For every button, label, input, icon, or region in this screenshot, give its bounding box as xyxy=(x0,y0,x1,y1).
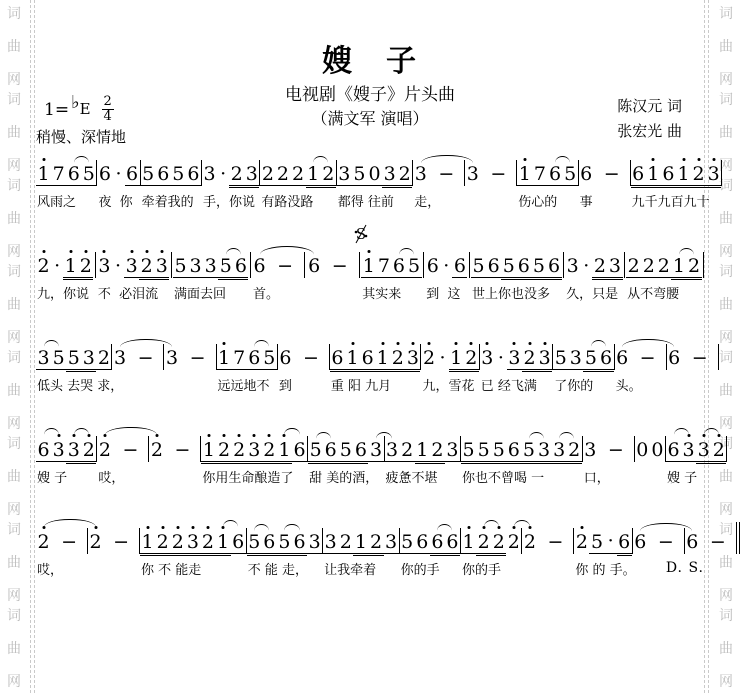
watermark-char: 词 xyxy=(719,261,733,281)
note: 5 xyxy=(491,440,506,462)
note: − xyxy=(700,532,736,554)
note: 2 xyxy=(260,164,275,186)
measure-notes: 3− xyxy=(465,150,516,186)
note: 2 xyxy=(368,532,383,554)
note: − xyxy=(267,256,303,278)
note: 3 xyxy=(368,440,383,462)
note: 1 xyxy=(63,256,78,278)
note: 2 xyxy=(96,348,111,370)
note: 3 xyxy=(36,348,51,370)
note: 2 xyxy=(506,532,521,554)
note: 3 xyxy=(696,440,711,462)
watermark-char: 网 xyxy=(719,585,733,605)
barline xyxy=(624,242,625,278)
note: 5 xyxy=(141,164,156,186)
music-line: 6332嫂 子2−哎，2−1223216你用生命酿造了56563甜 美的酒，32… xyxy=(36,426,704,518)
measure: 6− xyxy=(307,242,358,302)
note: 6 xyxy=(323,440,338,462)
lyric-text: 你的手 xyxy=(462,559,501,578)
music-line: 2−哎，2−1223216你 不 能走56563不 能 走，32123让我牵着5… xyxy=(36,518,704,610)
watermark-char: 词 xyxy=(7,175,21,195)
note: 6 xyxy=(252,256,267,278)
measure-notes: 3·323 xyxy=(97,242,169,278)
measure: 2−哎， xyxy=(36,518,87,578)
lyric-text: 重 阳 九月 xyxy=(331,375,391,394)
slur-arc xyxy=(44,340,59,347)
time-beats: 2 xyxy=(104,95,112,109)
watermark-char: 曲 xyxy=(7,208,21,228)
note: − xyxy=(630,348,666,370)
slur-arc xyxy=(399,248,414,255)
note: 3 xyxy=(445,440,460,462)
watermark-group: 词曲网 xyxy=(7,433,21,519)
note: 3 xyxy=(185,532,200,554)
note: 2 xyxy=(592,256,607,278)
note: 6 xyxy=(615,348,630,370)
measure: 6−到 xyxy=(278,334,329,394)
note: 5 xyxy=(338,440,353,462)
measure: 2·12九，你说 xyxy=(36,242,93,302)
note: · xyxy=(580,256,592,278)
note: 6 xyxy=(631,164,646,186)
measure: 6·6到 这 xyxy=(425,242,467,302)
note: 2 xyxy=(464,348,479,370)
note: 1 xyxy=(646,164,661,186)
note: 6 xyxy=(633,532,648,554)
slur-arc xyxy=(284,428,299,435)
note: 6 xyxy=(97,164,112,186)
lyricist-credit: 陈汉元 词 xyxy=(617,94,682,119)
watermark-group: 词曲网 xyxy=(7,261,21,347)
note: 6 xyxy=(547,164,562,186)
measure-row: 6332嫂 子2−哎，2−1223216你用生命酿造了56563甜 美的酒，32… xyxy=(36,426,704,486)
note: 3 xyxy=(568,348,583,370)
note: 1 xyxy=(201,440,216,462)
note: 3 xyxy=(607,256,622,278)
watermark-char: 词 xyxy=(7,605,21,625)
lyric-text: 风雨之 xyxy=(37,191,76,210)
measure-notes: 53356 xyxy=(173,242,248,278)
note: 3 xyxy=(247,440,262,462)
note: 7 xyxy=(376,256,391,278)
note: 1 xyxy=(361,256,376,278)
watermark-group: 词曲网 xyxy=(719,605,733,691)
measure-notes: 25·6 xyxy=(574,518,631,554)
note: 6 xyxy=(186,164,201,186)
slur-arc xyxy=(226,248,241,255)
note: 6 xyxy=(598,348,613,370)
watermark-char: 曲 xyxy=(719,380,733,400)
barline xyxy=(718,334,719,370)
measure-notes: 3·23 xyxy=(565,242,622,278)
measure: 35032都得 往前 xyxy=(337,150,412,210)
note: 3 xyxy=(565,256,580,278)
note: 3 xyxy=(480,348,495,370)
watermark-group: 词曲网 xyxy=(719,261,733,347)
measure-notes: 56563 xyxy=(308,426,383,462)
measure-notes: 35032 xyxy=(337,150,412,186)
lyric-text: 满面去回 xyxy=(174,283,226,302)
flat-sign-icon: ♭ xyxy=(71,92,80,113)
note: 2 xyxy=(139,256,154,278)
note: 2 xyxy=(149,440,164,462)
note: − xyxy=(428,164,464,186)
note: 6 xyxy=(125,164,140,186)
note: · xyxy=(51,256,63,278)
measure-notes: 6− xyxy=(667,334,718,370)
lyric-text: 口， xyxy=(584,467,610,486)
measure-notes: 6− xyxy=(685,518,736,554)
note: 6 xyxy=(425,256,440,278)
note: 2 xyxy=(641,256,656,278)
lyric-text: 有路没路 xyxy=(261,191,313,210)
note: · xyxy=(495,348,507,370)
note: 5 xyxy=(563,164,578,186)
note: 3 xyxy=(323,532,338,554)
barline xyxy=(563,242,564,278)
note: 6 xyxy=(579,164,594,186)
note: − xyxy=(322,256,358,278)
note: 3 xyxy=(583,440,598,462)
note: 2 xyxy=(430,440,445,462)
watermark-char: 网 xyxy=(7,671,21,691)
note: 7 xyxy=(51,164,66,186)
note: 1 xyxy=(375,348,390,370)
note: 6 xyxy=(231,532,246,554)
barline xyxy=(250,242,251,278)
measure-notes: 3·323 xyxy=(480,334,552,370)
note: 5 xyxy=(173,256,188,278)
watermark-char: 词 xyxy=(7,519,21,539)
lyric-text: 甜 美的酒， xyxy=(309,467,378,486)
note: 3 xyxy=(164,348,179,370)
note: 2 xyxy=(36,532,51,554)
measure: 1222你的手 xyxy=(461,518,521,578)
note: − xyxy=(480,164,516,186)
note: 6 xyxy=(247,348,262,370)
note: 2 xyxy=(390,348,405,370)
note: 2 xyxy=(476,532,491,554)
score: 1765风雨之6·6夜 你5656牵着我的3·23手，你说22212有路没路35… xyxy=(36,150,704,610)
note: 3 xyxy=(202,164,217,186)
slur-arc xyxy=(74,156,89,163)
note: 6 xyxy=(415,532,430,554)
note: 1 xyxy=(671,256,686,278)
lyric-text: 你 的 手。 xyxy=(575,559,635,578)
lyric-text: 伤心的 xyxy=(518,191,557,210)
measure: 25·6你 的 手。 xyxy=(574,518,631,578)
slur-arc xyxy=(284,524,299,531)
lyric-text: 你也不曾喝 一 xyxy=(462,467,544,486)
note: 3 xyxy=(465,164,480,186)
note: 3 xyxy=(81,348,96,370)
measure: 1223216你 不 能走 xyxy=(140,518,246,578)
note: − xyxy=(164,440,200,462)
note: 2 xyxy=(200,532,215,554)
watermark-char: 曲 xyxy=(7,638,21,658)
measure-notes: 32123 xyxy=(323,518,398,554)
barline xyxy=(703,242,704,278)
measure: 6−事 xyxy=(579,150,630,210)
lyric-text: 九，你说 xyxy=(37,283,89,302)
barline xyxy=(423,242,424,278)
note: 5 xyxy=(308,440,323,462)
measure: 2− xyxy=(88,518,139,578)
note: 3 xyxy=(507,348,522,370)
note: 1 xyxy=(140,532,155,554)
note: 3 xyxy=(97,256,112,278)
note: 5 xyxy=(81,164,96,186)
lyric-text: 不 必泪流 xyxy=(98,283,158,302)
note: − xyxy=(103,532,139,554)
song-title: 嫂 子 xyxy=(0,36,740,80)
lyric-text: 其实来 xyxy=(362,283,401,302)
lyric-text: 嫂 子 xyxy=(37,467,67,486)
lyric-text: 走， xyxy=(414,191,440,210)
note: 5 xyxy=(461,440,476,462)
note: · xyxy=(440,256,452,278)
sheet-music-page: 词曲网词曲网词曲网词曲网词曲网词曲网词曲网词曲网 词曲网词曲网词曲网词曲网词曲网… xyxy=(0,0,740,693)
note: 6 xyxy=(516,256,531,278)
slur-arc xyxy=(376,432,392,439)
measure-notes: 56563 xyxy=(247,518,322,554)
note: 3 xyxy=(537,348,552,370)
measure-notes: 22212 xyxy=(260,150,335,186)
note: 3 xyxy=(706,164,721,186)
note: 1 xyxy=(449,348,464,370)
watermark-char: 曲 xyxy=(719,208,733,228)
measure: 1223216你用生命酿造了 xyxy=(201,426,307,486)
note: 0 xyxy=(367,164,382,186)
note: − xyxy=(128,348,164,370)
lyric-text: 世上你也没多 xyxy=(472,283,550,302)
slur-arc xyxy=(591,340,606,347)
note: 2 xyxy=(522,348,537,370)
watermark-char: 曲 xyxy=(7,466,21,486)
measure-notes: 32123 xyxy=(385,426,460,462)
watermark-char: 词 xyxy=(719,347,733,367)
note: 3 xyxy=(552,440,567,462)
slur-arc xyxy=(484,520,499,527)
note: 5 xyxy=(262,348,277,370)
measure-notes: 6− xyxy=(307,242,358,278)
note: 2 xyxy=(656,256,671,278)
slur-arc xyxy=(44,428,59,435)
note: 6 xyxy=(278,348,293,370)
measure: 3·23手，你说 xyxy=(202,150,259,210)
note: 2 xyxy=(626,256,641,278)
measure: 32123疲惫不堪 xyxy=(385,426,460,486)
measure-notes: 1765 xyxy=(36,150,96,186)
lyric-text: 不 能 走， xyxy=(248,559,308,578)
measure: 3−口， xyxy=(583,426,634,486)
note: 0 xyxy=(650,440,665,462)
lyric-text: 从不弯腰 xyxy=(627,283,679,302)
credits: 陈汉元 词 张宏光 曲 xyxy=(617,94,682,144)
segno-icon: S xyxy=(353,224,369,248)
watermark-char: 曲 xyxy=(719,294,733,314)
watermark-char: 词 xyxy=(7,347,21,367)
note: 1 xyxy=(277,440,292,462)
note: 2 xyxy=(686,256,701,278)
lyric-text: 首。 xyxy=(253,283,279,302)
measure-notes: 616123 xyxy=(330,334,421,370)
watermark-group: 词曲网 xyxy=(7,519,21,605)
watermark-group: 词曲网 xyxy=(7,605,21,691)
note: 5 xyxy=(531,256,546,278)
measure-notes: 2− xyxy=(149,426,200,462)
measure: 3·323不 必泪流 xyxy=(97,242,169,302)
note: 6 xyxy=(353,440,368,462)
measure-notes: 5666 xyxy=(400,518,460,554)
note: 6 xyxy=(233,256,248,278)
lyric-text: 到 xyxy=(279,375,292,394)
note: 3 xyxy=(382,164,397,186)
slur-arc xyxy=(514,520,530,527)
watermark-group: 词曲网 xyxy=(719,347,733,433)
note: 3 xyxy=(681,440,696,462)
lyric-text: 到 这 xyxy=(426,283,460,302)
measure: 2− xyxy=(149,426,200,486)
note: − xyxy=(51,532,87,554)
barline xyxy=(171,242,172,278)
note: 7 xyxy=(232,348,247,370)
note: 2 xyxy=(574,532,589,554)
watermark-char: 词 xyxy=(719,3,733,23)
note: 2 xyxy=(421,348,436,370)
measure-notes: 6− xyxy=(579,150,630,186)
note: 5 xyxy=(476,440,491,462)
note: · xyxy=(217,164,229,186)
measure-notes: 1765 xyxy=(217,334,277,370)
note: 6 xyxy=(156,164,171,186)
slur-arc xyxy=(679,248,694,255)
measure-notes: 6·6 xyxy=(97,150,139,186)
note: 1 xyxy=(676,164,691,186)
watermark-char: 词 xyxy=(7,433,21,453)
measure: 3− xyxy=(164,334,215,394)
note: 5 xyxy=(589,532,604,554)
note: 2 xyxy=(78,256,93,278)
note: 6 xyxy=(617,532,632,554)
note: 3 xyxy=(154,256,169,278)
note: · xyxy=(605,531,617,554)
watermark-char: 网 xyxy=(7,499,21,519)
note: 3 xyxy=(384,532,399,554)
note: 6 xyxy=(506,440,521,462)
time-unit: 4 xyxy=(102,109,114,124)
watermark-char: 网 xyxy=(719,241,733,261)
measure: 6·6夜 你 xyxy=(97,150,139,210)
measure: 616123重 阳 九月 xyxy=(330,334,421,394)
note: 2 xyxy=(262,440,277,462)
measure: 3− xyxy=(465,150,516,210)
note: 6 xyxy=(445,532,460,554)
note: 3 xyxy=(51,440,66,462)
slur-arc xyxy=(674,428,689,435)
note: 2 xyxy=(291,164,306,186)
measure-notes: 1765 xyxy=(517,150,577,186)
note: 6 xyxy=(685,532,700,554)
measure-notes: 5356 xyxy=(553,334,613,370)
slur-arc xyxy=(74,428,89,435)
watermark-char: 网 xyxy=(7,155,21,175)
ds-marking: D. S. xyxy=(666,560,704,576)
measure-notes: 3− xyxy=(583,426,634,462)
note: 5 xyxy=(218,256,233,278)
measure-notes: 22212 xyxy=(626,242,701,278)
note: · xyxy=(112,164,124,186)
note: 1 xyxy=(306,164,321,186)
final-barline xyxy=(736,522,740,554)
note: 3 xyxy=(244,164,259,186)
note: 2 xyxy=(81,440,96,462)
time-signature: 2 4 xyxy=(102,95,114,124)
note: − xyxy=(112,440,148,462)
lyric-text: 事 xyxy=(580,191,593,210)
note: 6 xyxy=(667,348,682,370)
measure-notes: 1765 xyxy=(361,242,421,278)
note: 6 xyxy=(262,532,277,554)
note: 3 xyxy=(203,256,218,278)
lyric-text: 你用生命酿造了 xyxy=(202,467,293,486)
note: 5 xyxy=(471,256,486,278)
note: 2 xyxy=(491,532,506,554)
note: 1 xyxy=(216,532,231,554)
note: 3 xyxy=(66,440,81,462)
watermark-char: 网 xyxy=(719,671,733,691)
lyric-text: 低头 去哭 求， xyxy=(37,375,123,394)
measure: 565656世上你也没多 xyxy=(471,242,562,302)
tempo-marking: 稍慢、深情地 xyxy=(36,126,126,147)
watermark-group: 词曲网 xyxy=(7,175,21,261)
note: 2 xyxy=(36,256,51,278)
note: 6 xyxy=(666,440,681,462)
measure-notes: 00 xyxy=(635,426,665,462)
measure: 5656牵着我的 xyxy=(141,150,201,210)
note: 2 xyxy=(691,164,706,186)
note: 7 xyxy=(532,164,547,186)
measure-notes: 5656 xyxy=(141,150,201,186)
lyric-text: 嫂 子 xyxy=(667,467,697,486)
note: 3 xyxy=(536,440,551,462)
measure-notes: 6·6 xyxy=(425,242,467,278)
lyric-text: 牵着我的 xyxy=(142,191,194,210)
key-signature: 1=♭E 2 4 xyxy=(44,95,114,124)
note: 6 xyxy=(546,256,561,278)
note: − xyxy=(648,532,684,554)
watermark-char: 网 xyxy=(7,585,21,605)
lyric-text: 手，你说 xyxy=(203,191,255,210)
watermark-char: 词 xyxy=(7,261,21,281)
note: 5 xyxy=(51,348,66,370)
note: 2 xyxy=(338,532,353,554)
note: 0 xyxy=(635,440,650,462)
watermark-char: 词 xyxy=(719,605,733,625)
measure: 3·323已 经飞满 xyxy=(480,334,552,394)
note: 6 xyxy=(36,440,51,462)
measure-notes: 2− xyxy=(522,518,573,554)
note: − xyxy=(598,440,634,462)
watermark-char: 网 xyxy=(7,413,21,433)
key-tonic: E xyxy=(80,100,91,118)
watermark-char: 网 xyxy=(7,241,21,261)
measure-notes: 6− xyxy=(278,334,329,370)
lyric-text: 夜 你 xyxy=(98,191,132,210)
note: 6 xyxy=(307,256,322,278)
composer-credit: 张宏光 曲 xyxy=(617,119,682,144)
note: 1 xyxy=(461,532,476,554)
